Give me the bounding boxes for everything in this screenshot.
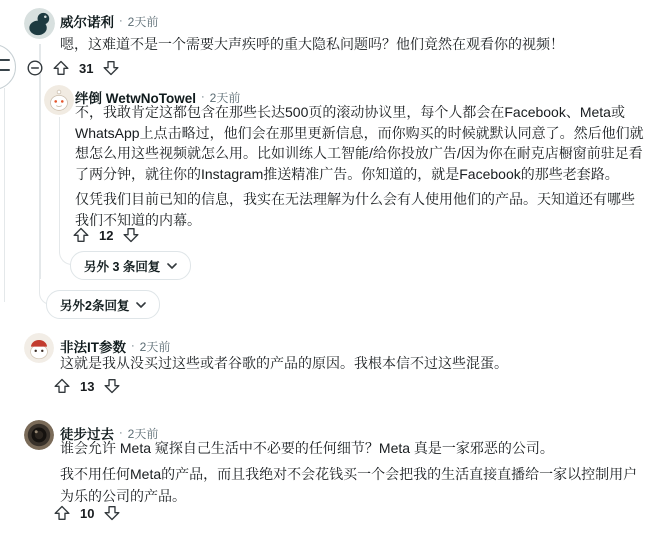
chevron-down-icon [167,263,177,269]
comment-paragraph: 谁会允许 Meta 窥探自己生活中不必要的任何细节？Meta 真是一家邪恶的公司… [60,437,646,459]
upvote-icon [52,59,70,77]
comment-timestamp: 2天前 [128,13,159,30]
upvote-button[interactable] [72,226,90,244]
downvote-icon [103,504,121,522]
comment-paragraph: 我不用任何Meta的产品，而且我绝对不会花钱买一个会把我的生活直接直播给一家以控… [60,463,646,507]
snoo-avatar-white [44,85,74,115]
vote-count: 13 [80,379,94,394]
comment-author[interactable]: 威尔诺利 [60,11,114,31]
minus-circle-icon [27,60,43,76]
chevron-down-icon [136,302,146,308]
avatar[interactable] [24,8,55,39]
menu-button[interactable] [0,44,16,90]
downvote-button[interactable] [103,504,121,522]
upvote-icon [53,377,71,395]
comment-paragraph: 不，我敢肯定这都包含在那些长达500页的滚动协议里，每个人都会在Facebook… [75,102,647,184]
downvote-button[interactable] [122,226,140,244]
comment-thread: 威尔诺利 · 2天前 嗯，这难道不是一个需要大声疾呼的重大隐私问题吗？他们竟然在… [0,0,660,538]
more-replies-button[interactable]: 另外 3 条回复 [70,251,191,280]
meta-separator-dot: · [119,15,123,27]
collapse-comment-button[interactable] [27,60,43,76]
vote-count: 31 [79,61,93,76]
avatar[interactable] [24,420,54,450]
more-replies-label: 另外 3 条回复 [84,257,160,275]
vote-count: 12 [99,228,113,243]
thread-line [4,88,6,302]
comment-paragraph: 嗯，这难道不是一个需要大声疾呼的重大隐私问题吗？他们竟然在观看你的视频！ [60,33,646,55]
thread-line [39,44,41,279]
downvote-button[interactable] [103,377,121,395]
downvote-button[interactable] [102,59,120,77]
upvote-button[interactable] [53,504,71,522]
thread-line [59,117,61,238]
hamburger-icon [0,69,10,71]
downvote-icon [103,377,121,395]
meta-separator-dot: · [131,340,135,352]
avatar[interactable] [44,85,74,115]
upvote-icon [53,504,71,522]
more-replies-label: 另外2条回复 [60,296,129,314]
camera-lens-avatar [24,420,54,450]
comment-paragraph: 这就是我从没买过这些或者谷歌的产品的原因。我根本信不过这些混蛋。 [60,352,646,374]
upvote-button[interactable] [53,377,71,395]
snoo-avatar-dark [24,8,55,39]
upvote-button[interactable] [52,59,70,77]
avatar[interactable] [24,333,54,363]
more-replies-button[interactable]: 另外2条回复 [46,290,160,319]
downvote-icon [122,226,140,244]
vote-count: 10 [80,506,94,521]
snoo-avatar-red-cap [24,333,54,363]
comment-paragraph: 仅凭我们目前已知的信息，我实在无法理解为什么会有人使用他们的产品。天知道还有哪些… [75,189,647,230]
upvote-icon [72,226,90,244]
downvote-icon [102,59,120,77]
hamburger-icon [0,59,10,61]
